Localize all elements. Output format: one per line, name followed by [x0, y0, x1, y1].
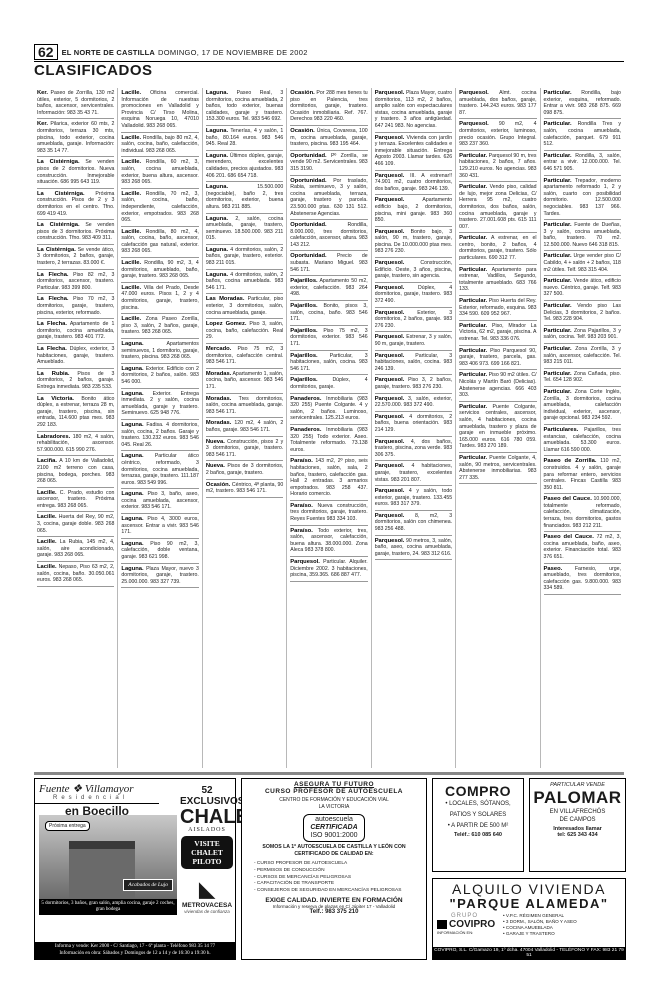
ad-lead: Ocasión.	[290, 90, 314, 96]
masthead: 62 EL NORTE DE CASTILLA DOMINGO, 17 DE N…	[34, 44, 624, 62]
classified-ad: Lacille. C. Prado, estudio con ascensor,…	[37, 488, 114, 513]
classified-ad: Lacille. Zona Paseo Zorrilla, piso 3, sa…	[121, 314, 198, 339]
course-list: - CURSO PROFESOR DE AUTOESCUELA - PERMIS…	[254, 861, 426, 895]
visit-badge: VISITE CHALET PILOTO	[181, 836, 233, 869]
ad-lead: Laguna.	[206, 247, 228, 253]
classified-ad: Laguna. 4 dormitorios, salón, 2 baños, c…	[206, 270, 283, 295]
ad-lead: Paraíso.	[290, 528, 313, 534]
classified-ad: Particular. Puente Colgante, 4, salón, 9…	[459, 453, 536, 484]
house-illustration	[69, 841, 135, 901]
ad-lead: La Victoria.	[37, 396, 74, 402]
ad-lead: Parquesol.	[375, 197, 405, 203]
classified-ad: Paseo del Cauce. 72 m2, 3, cocina amuebl…	[544, 532, 621, 563]
classified-ad: Particular. Puente Colgante, servicios c…	[459, 402, 536, 453]
classified-ad: Parquesol. Dúplex, 4 dormitorios, garaje…	[375, 283, 452, 308]
classified-ad: Pajarillos. Dúplex, 4 dormitorios, garaj…	[290, 375, 367, 393]
classified-ad: Parquesol. Plaza Mayor, cuatro dormitori…	[375, 88, 452, 133]
display-ads: Fuente ❖ Villamayor Residencial en Boeci…	[34, 778, 624, 1004]
ad-lead: La Cistérniga.	[37, 191, 85, 197]
classified-ad: Laguna. 15.500.000 (negociable), baño 2,…	[206, 182, 283, 213]
autoescuela-ad[interactable]: ASEGURA TU FUTURO CURSO PROFESOR DE AUTO…	[241, 778, 427, 960]
palomar-phone: tel: 625 343 434	[530, 832, 625, 838]
ad-lead: Nueva.	[206, 463, 225, 469]
ad-lead: Lacille.	[37, 514, 57, 520]
ad-lead: Parquesol.	[375, 334, 405, 340]
ad-lead: Lacille.	[37, 539, 57, 545]
classified-ad: Laguna. Tenerías, 4 y salón, 1 baño, 80.…	[206, 126, 283, 151]
classified-ad: Laguna. Piso 4, 3000 euros, ascensor. En…	[121, 514, 198, 539]
ad-lead: Parquesol.	[375, 396, 405, 402]
paper-name: EL NORTE DE CASTILLA	[62, 48, 155, 57]
ad-lead: Panaderos.	[290, 396, 321, 402]
metrovacesa-logo-icon: ◣	[180, 877, 234, 902]
ad-lead: Particular.	[544, 178, 572, 184]
page-number: 62	[34, 44, 58, 60]
ad-lead: Ocasión.	[290, 128, 314, 134]
ad-lead: Parquesol.	[375, 310, 405, 316]
classified-ad: Parquesol. Apartamento edificio bajo, 2 …	[375, 195, 452, 226]
classified-ad: Particular. Rondilla, bajo exterior, esq…	[544, 88, 621, 119]
alquilo-title2: "PARQUE ALAMEDA"	[433, 897, 625, 911]
classified-column: Parquesol. Plaza Mayor, cuatro dormitori…	[372, 88, 456, 768]
ad-lead: Particular.	[544, 222, 572, 228]
ad-lead: Oportunidad.	[290, 253, 326, 259]
ad-lead: Parquesol.	[459, 90, 489, 96]
compro-phone: Teléf.: 610 085 640	[433, 832, 523, 838]
classified-ad: Parquesol. Almt. cocina amueblada, dos b…	[459, 88, 536, 119]
classified-ad: Paseo. Farnesio, urge, amueblado, tres d…	[544, 564, 621, 595]
classified-ad: Lacille. Oficina comercial. Información …	[121, 88, 198, 133]
ad-lead: Particular.	[459, 298, 487, 304]
ad-lead: Parquesol.	[375, 353, 405, 359]
classified-ad: Particular. Piso Parquesol 90, garaje, t…	[459, 346, 536, 371]
developer-name: METROVACESA	[180, 902, 234, 909]
classified-ad: Laguna. Plaza Mayor, nuevo 3 dormitorios…	[121, 564, 198, 589]
classified-ad: Oportunidad. Rondilla, 8.000.000, tres d…	[290, 220, 367, 251]
classified-ad: Laguna. Apartamentos seminuevos, 1 dormi…	[121, 339, 198, 364]
ad-lead: Ker.	[37, 90, 48, 96]
ad-lead: Lacille.	[121, 191, 141, 197]
badge-line1: autoescuela	[310, 816, 357, 824]
headline-top: 52 EXCLUSIVOS	[180, 785, 234, 807]
classified-column: Ocasión. Por 288 mes tienes tu piso en P…	[287, 88, 371, 768]
ad-lead: Parquesol.	[375, 135, 405, 141]
ad-text: Oficina comercial. Información de nuestr…	[121, 90, 198, 129]
classified-ad: La Cistérniga. Se venden pisos de 2 dorm…	[37, 157, 114, 188]
ad-lead: Pajarillos.	[290, 303, 317, 309]
ad-text: Paseo de Zorrilla, 130 m2 útiles, exteri…	[37, 90, 114, 116]
ad-text: Pilarica, exterior 60 mts, 2 dormitorios…	[37, 121, 114, 153]
covipro-logo-icon	[437, 920, 447, 929]
brand-name: COVIPRO	[449, 919, 495, 930]
ad-lead: Laguna.	[121, 491, 143, 497]
ad-lead: Nueva.	[206, 439, 225, 445]
ad-lead: Lopez Gomez.	[206, 321, 247, 327]
classified-ad: Parquesol. 4 habitaciones, garaje, trast…	[375, 461, 452, 486]
compro-line3: • A PARTIR DE 500 M²	[433, 821, 523, 832]
classified-column: Lacille. Oficina comercial. Información …	[118, 88, 202, 768]
classified-ad: Laguna. 2, salón, cocina amueblada, gara…	[206, 214, 283, 245]
badge-line2: CERTIFICADA	[310, 824, 357, 831]
chalets-headline: 52 EXCLUSIVOS CHALETS AISLADOS VISITE CH…	[180, 785, 234, 914]
auto-title1: ASEGURA TU FUTURO	[242, 781, 426, 788]
classified-ad: Laguna. Últimos dúplex, garaje, merender…	[206, 151, 283, 182]
footer-line1: Informa y vende: Ker 2000 - C/ Santiago,…	[35, 944, 235, 951]
classified-ad: Particular. Piso, Mirador La Victoria, 6…	[459, 321, 536, 346]
ad-lead: Particular.	[459, 184, 487, 190]
chalets-ad[interactable]: Fuente ❖ Villamayor Residencial en Boeci…	[34, 778, 236, 960]
classified-ad: Lacille. Huerta del Rey, 90 m2, 3, cocin…	[37, 512, 114, 537]
alquilo-ad[interactable]: ALQUILO VIVIENDA "PARQUE ALAMEDA" GRUPO …	[432, 878, 626, 960]
ad-lead: Lacille.	[121, 260, 141, 266]
ad-lead: Laguna.	[121, 516, 143, 522]
course-item: - CURSO PROFESOR DE AUTOESCUELA	[254, 861, 426, 868]
covipro-logo: GRUPO COVIPRO INFORMACIÓN EN:	[437, 913, 503, 937]
classified-ad: Particular. Zona Corte Inglés, Zorrilla,…	[544, 387, 621, 425]
classified-ad: La Cistérniga. Se venden pisos de 3 dorm…	[37, 220, 114, 245]
section-title: CLASIFICADOS	[34, 63, 624, 79]
auto-cta: EXIGE CALIDAD. INVIERTE EN FORMACIÓN	[242, 897, 426, 904]
classified-ad: Lopez Gomez. Piso 3, salón, cocina, baño…	[206, 319, 283, 344]
classified-ad: Lacille. Rondilla, 70 m2, 3, salón, coci…	[121, 189, 198, 227]
classified-ad: Particular. Zona Pajarillos, 3 y salón, …	[544, 326, 621, 344]
classified-ad: Particular. Rondilla Tres y salón, cocin…	[544, 119, 621, 150]
headline-main: CHALETS	[180, 807, 234, 827]
classified-ad: Parquesol. 90 m2, 4 dormitorios, exterio…	[459, 119, 536, 150]
ad-lead: Panaderos.	[290, 427, 321, 433]
ad-lead: Moradas.	[206, 396, 231, 402]
classified-ad: Parquesol. Bonito bajo, 3 salón, 90 m, t…	[375, 227, 452, 258]
alquilo-title1: ALQUILO VIVIENDA	[433, 882, 625, 897]
ad-lead: Laguna.	[121, 422, 143, 428]
course-item: - PERMISOS DE CONDUCCIÓN	[254, 868, 426, 875]
ad-lead: Lacille.	[121, 159, 141, 165]
classified-ad: Ocasión. Céntrico, 4ª planta, 90 m2, tra…	[206, 480, 283, 498]
ad-lead: Parquesol.	[375, 414, 405, 420]
compro-line1: • LOCALES, SÓTANOS,	[433, 799, 523, 810]
classified-ad: Panaderos. Inmobiliaria (983 320 255) To…	[290, 425, 367, 456]
classified-ad: Parquesol. 3, salón, exterior, 22.570.00…	[375, 394, 452, 412]
classified-column: Particular. Rondilla, bajo exterior, esq…	[541, 88, 624, 768]
ad-lead: Laguna.	[206, 272, 228, 278]
ad-text: 143 m2, 2º piso, seis habitaciones, saló…	[290, 458, 367, 497]
ad-lead: La Rubia.	[37, 371, 70, 377]
ad-lead: Particular.	[544, 153, 572, 159]
ad-lead: Particular.	[544, 90, 572, 96]
ad-lead: Paseo de Zorrilla.	[544, 458, 597, 464]
classified-ad: Laguna. Particular ático céntrico, refor…	[121, 451, 198, 489]
classified-ad: Parquesol. Construcción, Edificio. Oeste…	[375, 258, 452, 283]
classified-ad: Labradores. 180 m2, 4 salón, rehabilitac…	[37, 432, 114, 457]
compro-title: COMPRO	[433, 783, 523, 799]
delivery-tag: Próxima entrega	[45, 821, 90, 831]
house-photo: Próxima entrega Acabados de Lujo 5 dormi…	[39, 815, 177, 915]
classified-ad: Pajarillos. Apartamento 50 m2, exterior,…	[290, 276, 367, 301]
ad-lead: Laguna.	[121, 541, 143, 547]
classified-ad: La Cistérniga. Se vende ático, 3 dormito…	[37, 245, 114, 270]
ad-lead: Particular.	[459, 153, 487, 159]
classified-ad: Ocasión. Única, Covaresa, 100 m, cocina …	[290, 126, 367, 151]
auto-title2: CURSO PROFESOR DE AUTOESCUELA	[242, 788, 426, 795]
classified-ad: Moradas. 120 m2, 4 salón, 2 baños, garaj…	[206, 418, 283, 436]
classified-ad: Paraíso. Nueva construcción, tres dormit…	[290, 501, 367, 526]
classified-ad: Particular. Zona Cañada, piso. Tel. 654 …	[544, 369, 621, 387]
ad-lead: Particular.	[459, 404, 487, 410]
classified-column: Parquesol. Almt. cocina amueblada, dos b…	[456, 88, 540, 768]
ad-lead: Lacille.	[121, 285, 141, 291]
ad-lead: Oportunidad.	[290, 222, 326, 228]
classified-ad: Pajarillos. Piso 75 m2, 3 dormitorios, e…	[290, 326, 367, 351]
ad-lead: Laguna.	[206, 184, 228, 190]
developer-tagline: viviendas de confianza	[180, 909, 234, 914]
ad-lead: La Flecha.	[37, 296, 69, 302]
feature-item: • GARAJE Y TRASTERO	[503, 931, 577, 937]
classified-ad: Laciña. A 10 km de Valladolid, 2100 m2 t…	[37, 456, 114, 487]
compro-ad[interactable]: COMPRO • LOCALES, SÓTANOS, PATIOS Y SOLA…	[432, 778, 524, 872]
classified-ad: La Cistérniga. Próxima construcción. Pis…	[37, 189, 114, 220]
classified-ad: Laguna. Exterior. Edificio con 2 dormito…	[121, 364, 198, 389]
claim-line2: CERTIFICADO DE CALIDAD EN:	[242, 851, 426, 858]
ad-text: Vendo piso, calidad de lujo, mejor zona …	[459, 184, 536, 230]
compro-line2: PATIOS Y SOLARES	[433, 810, 523, 821]
classified-ad: Paraíso. 143 m2, 2º piso, seis habitacio…	[290, 456, 367, 501]
ad-lead: Particular.	[544, 253, 572, 259]
section-divider	[34, 772, 624, 775]
classified-ad: Parquesol. 90 metros, 3, salón, baño, as…	[375, 536, 452, 561]
classified-ad: Particular. Piso 90 m2 útiles. C/ Nicolá…	[459, 370, 536, 401]
ad-lead: La Flecha.	[37, 272, 69, 278]
classified-ad: Particular. Trepador, moderno apartament…	[544, 176, 621, 221]
ad-lead: Laguna.	[206, 128, 228, 134]
ad-lead: Particular.	[544, 389, 572, 395]
classified-ad: Parquesol. Particular. Alquiler. Diciemb…	[290, 557, 367, 582]
ad-lead: Pajarillos.	[290, 278, 317, 284]
palomar-ad[interactable]: PARTICULAR VENDE PALOMAR EN VILLAFRECHÓS…	[529, 778, 626, 872]
classified-ad: Parquesol. 4 dormitorios, 2 baños, buena…	[375, 412, 452, 437]
info-label: INFORMACIÓN EN:	[437, 930, 503, 935]
newspaper-page: 62 EL NORTE DE CASTILLA DOMINGO, 17 DE N…	[34, 44, 624, 79]
ad-lead: Particular.	[544, 328, 572, 334]
ad-lead: Parquesol.	[375, 538, 405, 544]
classified-ad: La Flecha. Apartamento de 1 dormitorio, …	[37, 319, 114, 344]
classified-ad: Laguna. Exterior. Entrega inmediata. 2 y…	[121, 389, 198, 420]
ad-lead: Paseo.	[544, 566, 563, 572]
palomar-line1: EN VILLAFRECHÓS	[530, 808, 625, 816]
ad-lead: Laguna.	[206, 90, 228, 96]
badge-line3: ISO 9001:2000	[310, 832, 357, 840]
ad-lead: Parquesol.	[375, 90, 405, 96]
classified-ad: Lacille. Rondilla, 80 m2, 4, salón, coci…	[121, 227, 198, 258]
classified-ad: Particular. Apartamento para estrenar, V…	[459, 265, 536, 296]
classified-ad: La Rubia. Pisos de 3 dormitorios, 2 baño…	[37, 369, 114, 394]
course-item: - CONSEJEROS DE SEGURIDAD EN MERCANCÍAS …	[254, 888, 426, 895]
classified-ad: Laguna. 4 dormitorios, salón, 2 baños, g…	[206, 245, 283, 270]
visit-line2: CHALET PILOTO	[182, 848, 232, 866]
classified-ad: Lacille. Rondilla, 60 m2, 3, salón, coci…	[121, 157, 198, 188]
ad-lead: Parquesol.	[290, 559, 320, 565]
classified-ad: Moradas. Apartamento 1, salón, cocina, b…	[206, 369, 283, 394]
visit-line1: VISITE	[182, 839, 232, 848]
ad-lead: Paseo del Cauce.	[544, 534, 594, 540]
classified-ad: Ocasión. Por 288 mes tienes tu piso en P…	[290, 88, 367, 126]
ad-lead: Oportunidad.	[290, 153, 326, 159]
ad-lead: La Cistérniga.	[37, 222, 80, 228]
ad-lead: Lacille.	[37, 564, 57, 570]
classified-ad: Mercado. Piso 75 m2, 3 dormitorios, cale…	[206, 344, 283, 369]
ad-lead: Lacille.	[121, 135, 141, 141]
classified-ad: Lacille. Villa del Prado, Desde 47.000 e…	[121, 283, 198, 314]
classified-columns: Ker. Paseo de Zorrilla, 130 m2 útiles, e…	[34, 88, 624, 768]
classified-ad: Parquesol. 8, m2, 3 dormitorios, salón c…	[375, 511, 452, 536]
classified-ad: Laguna. Paseo Real, 3 dormitorios, cocin…	[206, 88, 283, 126]
ad-text: Puente Colgante, servicios centrales, as…	[459, 404, 536, 450]
classified-ad: Particular. Vendo piso, calidad de lujo,…	[459, 182, 536, 233]
classified-ad: Laguna. Piso 3, baño, aseo, cocina amueb…	[121, 489, 198, 514]
dateline: DOMINGO, 17 DE NOVIEMBRE DE 2002	[158, 48, 308, 57]
classified-ad: Lacille. Nepaso, Piso 63 m2, 2, salón, c…	[37, 562, 114, 587]
ad-lead: La Cistérniga.	[37, 159, 80, 165]
classified-ad: La Flecha. Dúplex, exterior, 3 habitacio…	[37, 344, 114, 369]
ad-lead: Particular.	[459, 455, 487, 461]
ad-lead: Laguna.	[121, 341, 143, 347]
classified-ad: La Victoria. Bonito ático dúplex, a estr…	[37, 394, 114, 432]
palomar-title: PALOMAR	[530, 788, 625, 808]
classified-ad: Nueva. Pisos de 3 dormitorios, 2 baños, …	[206, 461, 283, 479]
classified-ad: Pajarillos. Particular, 3 habitaciones, …	[290, 351, 367, 376]
ad-lead: La Flecha.	[37, 321, 67, 327]
ad-lead: Paseo del Cauce.	[544, 496, 592, 502]
classified-ad: Parquesol. Vivienda con jardín y terraza…	[375, 133, 452, 171]
ad-lead: Pajarillos.	[290, 377, 317, 383]
classified-ad: Parquesol. 4 y salón, todo exterior, gar…	[375, 486, 452, 511]
ad-lead: Laguna.	[121, 366, 143, 372]
classified-ad: La Flecha. Piso 70 m2, 3 dormitorios, ga…	[37, 294, 114, 319]
ad-lead: Particular.	[544, 303, 572, 309]
ad-lead: Particular.	[459, 348, 487, 354]
ad-lead: La Flecha.	[37, 346, 67, 352]
classified-ad: Panaderos. Inmobiliaria (983 320 255) Pu…	[290, 394, 367, 425]
classified-ad: Particular. Vende ático, edificio nuevo.…	[544, 276, 621, 301]
classified-ad: Parquesol. III. A estrenar!! 74.901 m2, …	[375, 171, 452, 196]
ad-lead: Parquesol.	[375, 260, 405, 266]
classified-ad: Laguna. Fadisa. 4 dormitorios, salón, co…	[121, 420, 198, 451]
ad-lead: Mercado.	[206, 346, 231, 352]
ad-lead: Laguna.	[121, 566, 143, 572]
ad-lead: Laguna.	[121, 453, 143, 459]
classified-ad: Particular. Urge vender piso C/ Cabildo,…	[544, 251, 621, 276]
classified-ad: Particulares. Pajarillos, tres estancias…	[544, 425, 621, 456]
classified-ad: Particular. Vendo piso Las Delicias, 3 d…	[544, 301, 621, 326]
classified-ad: Pajarillos. Bonito, pisos 3, salón, coci…	[290, 301, 367, 326]
ad-lead: Ocasión.	[206, 482, 230, 488]
classified-ad: Parquesol. 4, dos baños, trastero, pisci…	[375, 437, 452, 462]
classified-ad: Oportunidad. Por traslado, Rabia, seminu…	[290, 176, 367, 221]
palomar-line2: DE CAMPOS	[530, 816, 625, 824]
ad-lead: Las Moradas.	[206, 296, 245, 302]
ad-lead: Particular.	[544, 121, 572, 127]
ad-lead: Parquesol.	[375, 229, 405, 235]
ad-lead: Parquesol.	[375, 439, 405, 445]
classified-ad: Particular. Piso Huerta del Rey. Exterio…	[459, 296, 536, 321]
ad-lead: Paraíso.	[290, 503, 313, 509]
footer-line2: Información en obra: Sábados y Domingos …	[35, 951, 235, 958]
ad-lead: Parquesol.	[375, 173, 405, 179]
classified-ad: La Flecha. Piso 82 m2, 3 dormitorios, as…	[37, 270, 114, 295]
ad-lead: Laguna.	[206, 153, 228, 159]
ad-lead: Particular.	[544, 278, 572, 284]
classified-ad: Nueva. Construcción, pisos 2 y 3 dormito…	[206, 437, 283, 462]
ad-lead: Parquesol.	[375, 488, 405, 494]
ad-lead: Laciña.	[37, 458, 57, 464]
classified-ad: Oportunidad. Pº Zorrilla, se vende 90 m2…	[290, 151, 367, 176]
classified-ad: Lacille. La Rubia, 145 m2, 4, salón, air…	[37, 537, 114, 562]
classified-ad: Ker. Paseo de Zorrilla, 130 m2 útiles, e…	[37, 88, 114, 119]
classified-ad: Laguna. Piso 90 m2, 3, calefacción, dobl…	[121, 539, 198, 564]
ad-lead: Laguna.	[206, 216, 228, 222]
classified-ad: Particular. Parquesol 90 m, tres habitac…	[459, 151, 536, 182]
classified-ad: Oportunidad. Precio de subasta. Mariano …	[290, 251, 367, 276]
ad-lead: Particulares.	[544, 427, 579, 433]
classified-ad: Moradas. Tres dormitorios, salón, cocina…	[206, 394, 283, 419]
ad-lead: Particular.	[459, 267, 487, 273]
classified-ad: Parquesol. Particular, 3 habitaciones, s…	[375, 351, 452, 376]
ad-lead: Parquesol.	[459, 121, 489, 127]
classified-ad: Parquesol. Estrenar, 3 y salón, 90 m, ga…	[375, 332, 452, 350]
ad-lead: Lacille.	[121, 316, 141, 322]
classified-ad: Lacille. Rondilla, bajo 80 m2, 4, salón,…	[121, 133, 198, 158]
alquilo-features: • V.P.C. RÉGIMEN GENERAL • 3 DORM., SALÓ…	[503, 913, 577, 937]
chalets-footer: Informa y vende: Ker 2000 - C/ Santiago,…	[35, 942, 235, 959]
auto-phone: Telf.: 983 375 210	[242, 909, 426, 915]
ad-lead: Ker.	[37, 121, 48, 127]
classified-ad: Paraíso. Todo exterior, tres, salón, asc…	[290, 526, 367, 557]
classified-ad: Paseo de Zorrilla. 110 m2, construidos. …	[544, 456, 621, 494]
classified-ad: Parquesol. Exterior, 3 dormitorios, 2 ba…	[375, 308, 452, 333]
ad-lead: Particular.	[544, 346, 572, 352]
ad-lead: Particular.	[459, 323, 487, 329]
ad-lead: Oportunidad.	[290, 178, 326, 184]
ad-lead: Parquesol.	[375, 285, 405, 291]
classified-ad: Las Moradas. Particular, piso exterior, …	[206, 294, 283, 319]
ad-lead: Parquesol.	[375, 377, 405, 383]
alquilo-body: GRUPO COVIPRO INFORMACIÓN EN: • V.P.C. R…	[433, 911, 625, 939]
ad-lead: Moradas.	[206, 420, 231, 426]
ad-lead: Pajarillos.	[290, 353, 317, 359]
classified-column: Laguna. Paseo Real, 3 dormitorios, cocin…	[203, 88, 287, 768]
house-caption: 5 dormitorios, 3 baños, gran salón, ampl…	[39, 899, 177, 915]
ad-lead: Particular.	[459, 372, 487, 378]
ad-lead: Paraíso.	[290, 458, 313, 464]
certification-badge: autoescuela CERTIFICADA ISO 9001:2000	[303, 814, 364, 842]
classified-ad: Parquesol. Piso 3, 2 baños, garaje, tras…	[375, 375, 452, 393]
ad-lead: Moradas.	[206, 371, 231, 377]
center-line2: LA VICTORIA	[242, 804, 426, 811]
classified-ad: Ker. Pilarica, exterior 60 mts, 2 dormit…	[37, 119, 114, 157]
classified-ad: Particular. A estrenar, en el centro, bo…	[459, 233, 536, 264]
classified-ad: Paseo del Cauce. 10.900.000, totalmente …	[544, 494, 621, 532]
ad-lead: Pajarillos.	[290, 328, 317, 334]
classified-ad: Particular. Rondilla, 3, salón, entrar a…	[544, 151, 621, 176]
ad-lead: Particular.	[459, 235, 487, 241]
ad-lead: Particular.	[544, 371, 572, 377]
ad-lead: Laguna.	[121, 391, 143, 397]
classified-ad: Lacille. Rondilla, 90 m2, 3, 4 dormitori…	[121, 258, 198, 283]
ad-lead: Parquesol.	[375, 513, 405, 519]
auto-center: CENTRO DE FORMACIÓN Y EDUCACIÓN VIAL LA …	[242, 797, 426, 810]
ad-lead: La Cistérniga.	[37, 247, 76, 253]
ad-lead: Parquesol.	[375, 463, 405, 469]
classified-ad: Particular. Fuente de Dueñas, 3 y salón,…	[544, 220, 621, 251]
